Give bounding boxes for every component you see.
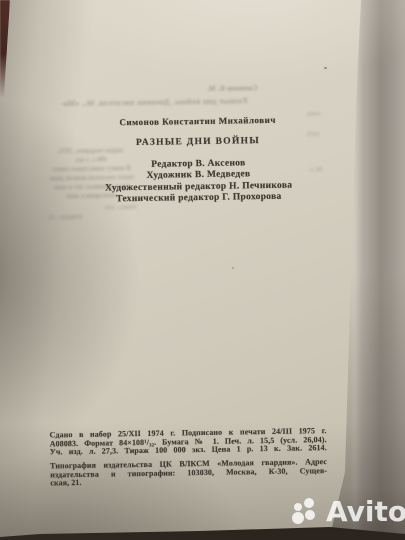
showthrough-index-code: 078(02)—75	[41, 214, 89, 222]
printer-block: Типография издательства ЦК ВЛКСМ «Молода…	[50, 458, 327, 488]
showthrough-title-line: Разные дни войны. Дневник писателя. М., …	[35, 96, 272, 109]
avito-logo-icon	[292, 498, 323, 526]
author-name: Симонов Константин Михайлович	[0, 113, 403, 129]
book-title: РАЗНЫЕ ДНИ ВОЙНЫ	[0, 134, 403, 150]
avito-watermark: Avito	[292, 498, 405, 526]
imprint-line-3: Уч. изд. л. 27,3. Тираж 100 000 экз. Цен…	[50, 444, 327, 457]
paper-speck	[324, 67, 327, 69]
book-photo: Симонов К. М. Разные дни войны. Дневник …	[0, 0, 405, 540]
credits-block: Редактор В. Аксенов Художник В. Медведев…	[0, 156, 404, 208]
colophon-page: Симонов К. М. Разные дни войны. Дневник …	[0, 0, 405, 540]
paper-speck	[232, 267, 234, 269]
showthrough-author-fragment: Симонов К. М.	[180, 83, 284, 94]
imprint-block: Сдано в набор 25/XII 1974 г. Подписано к…	[50, 427, 327, 457]
avito-wordmark: Avito	[326, 498, 405, 526]
